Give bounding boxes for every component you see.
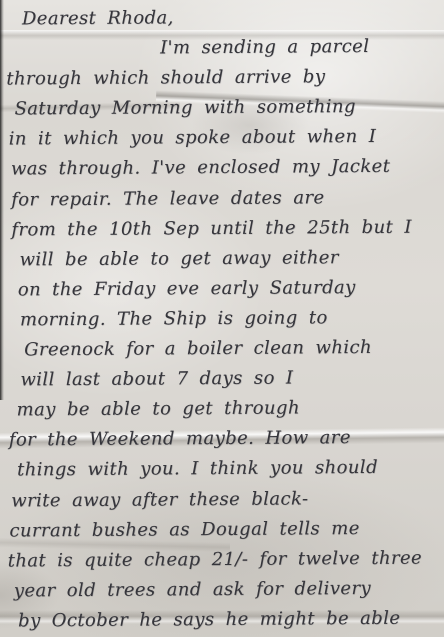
letter-line: on the Friday eve early Saturday xyxy=(18,272,444,305)
letter-line: that is quite cheap 21/- for twelve thre… xyxy=(8,543,444,576)
letter-line: for the Weekend maybe. How are xyxy=(9,423,444,456)
letter-line: currant bushes as Dougal tells me xyxy=(9,513,444,546)
letter-line: Saturday Morning with something xyxy=(14,92,442,125)
letter-line: year old trees and ask for delivery xyxy=(14,573,444,606)
letter-line: from the 10th Sep until the 25th but I xyxy=(11,212,443,245)
letter-line: I'm sending a parcel xyxy=(160,32,442,64)
letter-line: was through. I've enclosed my Jacket xyxy=(11,152,443,185)
letter-line: things with you. I think you should xyxy=(17,453,444,486)
letter-salutation: Dearest Rhoda, xyxy=(22,1,442,34)
letter-body: Dearest Rhoda, I'm sending a parcel thro… xyxy=(0,1,444,636)
letter-line: in it which you spoke about when I xyxy=(9,122,443,155)
letter-line: will last about 7 days so I xyxy=(20,363,444,396)
letter-line: through which should arrive by xyxy=(6,62,442,95)
letter-line: Greenock for a boiler clean which xyxy=(24,332,444,365)
scanned-letter-page: Dearest Rhoda, I'm sending a parcel thro… xyxy=(0,0,444,637)
letter-line: will be able to get away either xyxy=(19,242,443,275)
letter-line: may be able to get through xyxy=(17,393,444,426)
letter-line: morning. The Ship is going to xyxy=(20,302,444,335)
letter-line: by October he says he might be able xyxy=(18,603,444,636)
letter-line: for repair. The leave dates are xyxy=(11,182,443,215)
letter-line: write away after these black- xyxy=(11,483,444,516)
